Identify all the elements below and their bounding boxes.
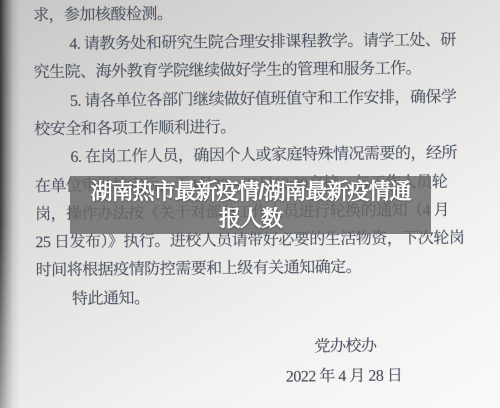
notice-line: 究生院、海外教育学院继续做好学生的管理和服务工作。 bbox=[34, 59, 422, 82]
notice-line: 5. 请各单位各部门继续做好值班值守和工作安排，确保学 bbox=[70, 88, 457, 111]
notice-signature: 党办校办 bbox=[314, 337, 376, 357]
notice-date: 2022 年 4 月 28 日 bbox=[286, 366, 403, 386]
notice-line: 4. 请教务处和研究生院合理安排课程教学。请学工处、研 bbox=[69, 31, 456, 54]
notice-line: 校安全和各项工作顺利进行。 bbox=[34, 118, 236, 139]
notice-line: 时间将根据疫情防控需要和上级有关通知确定。 bbox=[36, 258, 362, 280]
photo-edge-shadow bbox=[0, 0, 20, 408]
notice-line: 求，参加核酸检测。 bbox=[33, 5, 173, 25]
notice-line: 特此通知。 bbox=[72, 289, 150, 309]
notice-line: 6. 在岗工作人员，确因个人或家庭特殊情况需要的，经所 bbox=[70, 144, 457, 167]
title-overlay-line1: 湖南热市最新疫情/湖南最新疫情通 bbox=[90, 178, 410, 205]
document-photo: 求，参加核酸检测。 4. 请教务处和研究生院合理安排课程教学。请学工处、研 究生… bbox=[0, 0, 500, 408]
title-overlay: 湖南热市最新疫情/湖南最新疫情通 报人数 bbox=[70, 176, 431, 234]
title-overlay-line2: 报人数 bbox=[219, 205, 282, 232]
